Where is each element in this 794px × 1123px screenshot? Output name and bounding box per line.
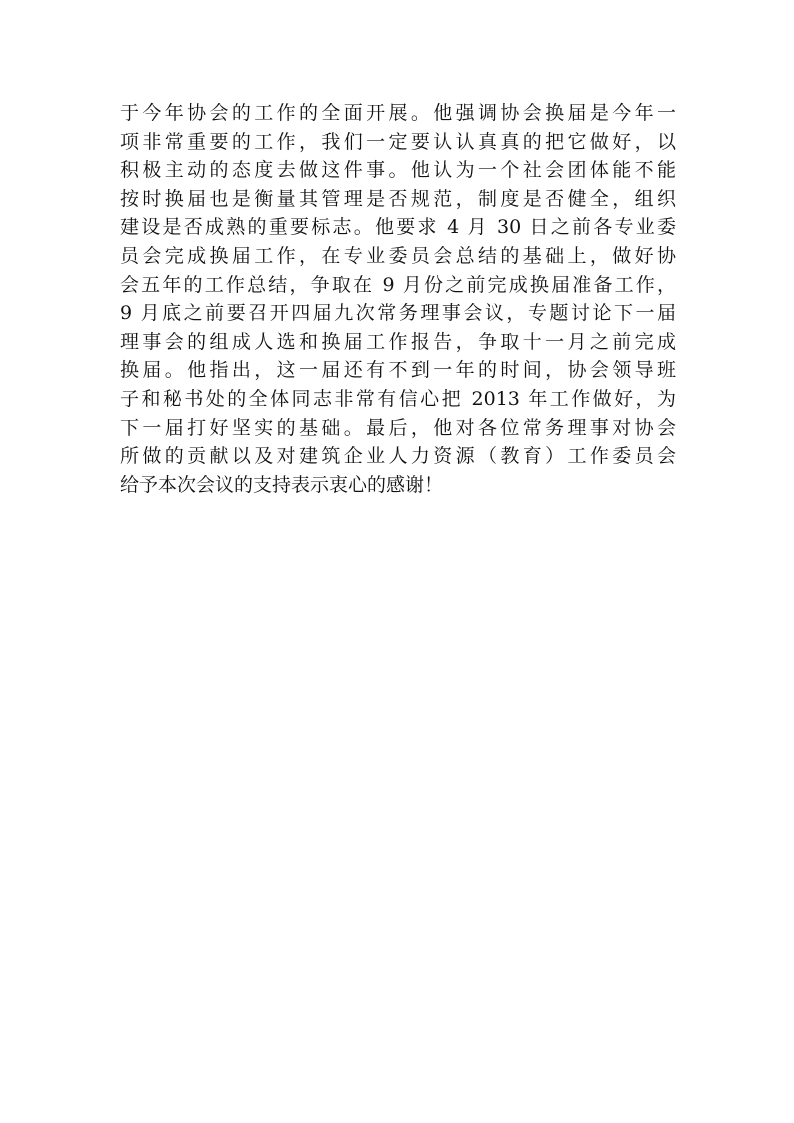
text-line: 积极主动的态度去做这件事。他认为一个社会团体能不能: [120, 156, 676, 185]
text-line: 9 月底之前要召开四届九次常务理事会议，专题讨论下一届: [120, 299, 676, 328]
text-line: 下一届打好坚实的基础。最后，他对各位常务理事对协会: [120, 414, 676, 443]
text-line: 所做的贡献以及对建筑企业人力资源（教育）工作委员会: [120, 442, 676, 471]
text-line-last: 给予本次会议的支持表示衷心的感谢！: [120, 471, 676, 500]
document-page: 于今年协会的工作的全面开展。他强调协会换届是今年一 项非常重要的工作，我们一定要…: [0, 0, 794, 1123]
text-line: 员会完成换届工作，在专业委员会总结的基础上，做好协: [120, 242, 676, 271]
text-line: 理事会的组成人选和换届工作报告，争取十一月之前完成: [120, 328, 676, 357]
text-line: 子和秘书处的全体同志非常有信心把 2013 年工作做好，为: [120, 385, 676, 414]
text-line: 按时换届也是衡量其管理是否规范，制度是否健全，组织: [120, 185, 676, 214]
body-paragraph: 于今年协会的工作的全面开展。他强调协会换届是今年一 项非常重要的工作，我们一定要…: [120, 99, 676, 499]
text-line: 项非常重要的工作，我们一定要认认真真的把它做好，以: [120, 128, 676, 157]
text-line: 会五年的工作总结，争取在 9 月份之前完成换届准备工作，: [120, 271, 676, 300]
text-line: 换届。他指出，这一届还有不到一年的时间，协会领导班: [120, 356, 676, 385]
text-line: 建设是否成熟的重要标志。他要求 4 月 30 日之前各专业委: [120, 213, 676, 242]
text-line: 于今年协会的工作的全面开展。他强调协会换届是今年一: [120, 99, 676, 128]
